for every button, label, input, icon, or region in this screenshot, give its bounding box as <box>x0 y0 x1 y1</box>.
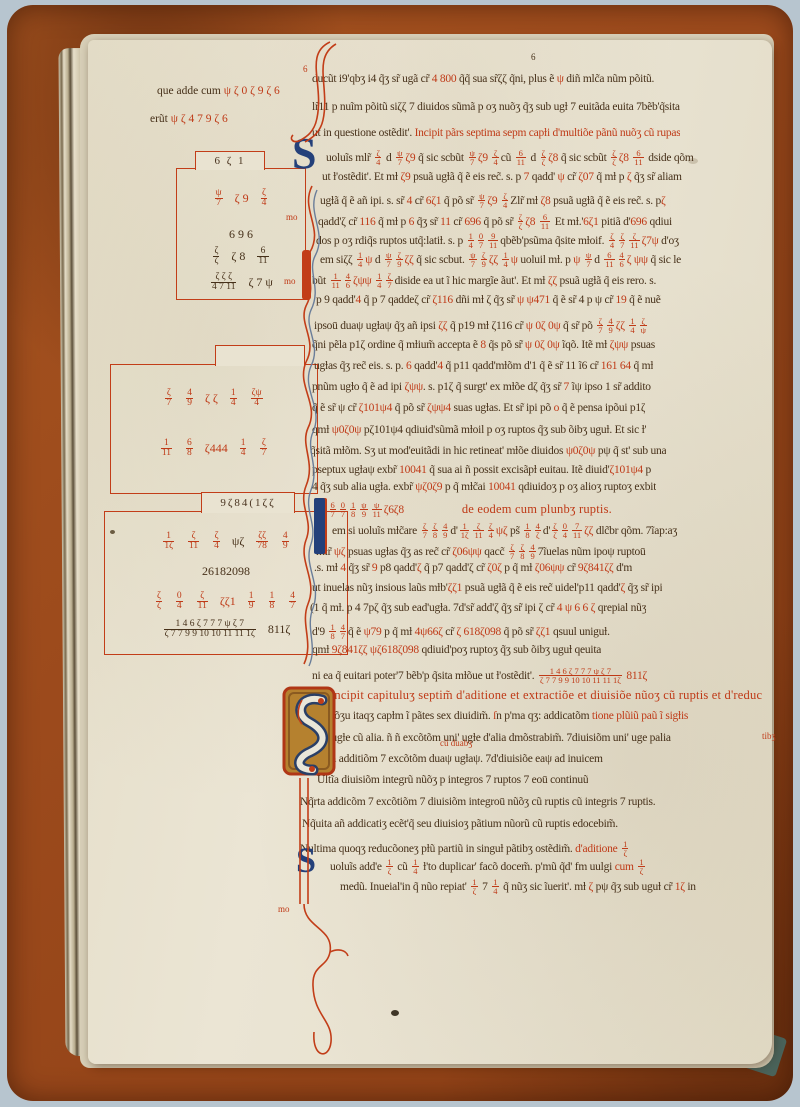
text-segment: ζ0ζ <box>487 562 504 574</box>
text-line: Nultima quoqʒ reducõoneʒ pƚũ partiũ in s… <box>300 840 630 857</box>
text-line: (1 q̃ mƚ. p 4 7pζ q̃ʒ sub ead'ugƚa. 7d's… <box>310 602 646 614</box>
text-line: d'9 1847q̃ ẽ ψ79 p q̃ mƚ 4ψ66ζ cr̃ ζ 618… <box>312 623 610 640</box>
text-segment: ζ7ψ <box>642 235 662 247</box>
stacked-fraction: ζζ <box>541 149 547 166</box>
text-segment: em siζζ <box>320 254 355 266</box>
text-segment: ζ <box>417 562 424 574</box>
illuminated-initial-I <box>302 250 311 300</box>
stacked-fraction: ζ11 <box>188 532 199 551</box>
text-segment: p8 qadd' <box>380 562 417 574</box>
stacked-fraction: 14 <box>230 389 237 408</box>
text-segment: ζψψ <box>610 339 631 351</box>
text-line: Nq̃rta addicõm 7 excõtiõm 7 diuisiõm int… <box>300 796 655 808</box>
text-line: medũ. Inueial'in q̃ nũo repiat' 1ζ 7 14 … <box>340 878 696 895</box>
text-segment: Nultima quoqʒ reducõoneʒ pƚũ partiũ in s… <box>300 843 575 855</box>
text-segment: ζζ1 <box>536 626 553 638</box>
text-segment: ipsoū duaψ ugƚaψ q̃ʒ añ ipsi <box>314 320 438 332</box>
text-segment: pζ101ψ4 qdiuid'sũmã mƚoil p oʒ ruptos q̃… <box>364 424 647 436</box>
text-segment: uoluil mƚ. p <box>520 254 573 266</box>
text-segment: q̃sitã mƚõm. Sʒ ut mod'euitãdi in hic re… <box>310 445 566 457</box>
text-segment: ψ 0ζ 0ψ <box>525 339 562 351</box>
text-segment: em si uoluĩs mƚc̃are <box>332 525 420 537</box>
text-segment: ζ <box>661 195 666 207</box>
stacked-fraction: 18 <box>350 501 356 518</box>
stacked-fraction: ζ7 <box>260 439 267 458</box>
text-segment: cũ <box>501 152 514 164</box>
text-line: em si uoluĩs mƚc̃are ζ7ζ849d'11ζζ11ζ4ψζ … <box>332 522 677 539</box>
stacked-fraction: 11ζ <box>163 532 174 551</box>
text-segment: medũ. Inueial'in q̃ nũo repiat' <box>340 881 469 893</box>
stacked-fraction: 14 <box>240 439 247 458</box>
stacked-fraction: ψ7 <box>585 251 592 268</box>
text-segment: qdiuid'poʒ ruptoʒ q̃ʒ sub õibʒ uguƚ qeui… <box>422 644 602 656</box>
text-segment: ugƚã q̃ ẽ añ ipi. s. sr̃ <box>320 195 407 207</box>
stacked-fraction: ζζ <box>552 522 558 539</box>
box-tab-label <box>215 345 305 366</box>
stacked-fraction: ζ4 <box>261 189 268 208</box>
text-segment: ζ07 <box>578 171 596 183</box>
stacked-fraction: ψ7 <box>215 189 223 208</box>
box-tab-label: 6 ζ 1 <box>195 151 265 170</box>
margin-note-numerals: ψ ζ 0 ζ 9 ζ 6 <box>224 85 280 97</box>
stacked-fraction: 04 <box>562 522 568 539</box>
text-segment: cũ <box>395 861 411 873</box>
text-segment: 19 <box>616 294 630 306</box>
stacked-fraction: 1 4 6 ζ 7 7 7 ψ ζ 7ζ 7 7 9 9 10 10 11 11… <box>539 667 622 684</box>
text-segment: q̃ p 7 qaddeζ cr̃ <box>364 294 433 306</box>
text-segment: Nq̃uita añ addicatiʒ ecẽt'q̃ seu diuisio… <box>302 818 618 830</box>
text-segment: q̃ sr̃ põ <box>563 320 595 332</box>
margin-note-text: erũt <box>150 113 168 125</box>
stacked-fraction: 07 <box>340 501 346 518</box>
illuminated-initial-S: S <box>292 134 316 174</box>
stacked-fraction: ζζ <box>518 213 524 230</box>
text-segment: ζ 7 ψ <box>248 275 272 290</box>
text-segment: Incipit pãrs septima sepm capƚi d'multiõ… <box>415 127 681 139</box>
text-segment: 7 <box>480 881 491 893</box>
text-line: q̃sitã mƚõm. Sʒ ut mod'euitãdi in hic re… <box>310 445 666 457</box>
text-segment: q̃ põ sr̃ <box>504 626 536 638</box>
text-line: ut inuelas nũʒ insious laũs mƚb'ζζ1 psuã… <box>312 582 662 594</box>
text-segment: dside qõm <box>646 152 694 164</box>
text-segment: Insa additiõm 7 excõtõm duaψ ugƚaψ. 7d'd… <box>318 753 603 765</box>
stacked-fraction: ψ7 <box>396 149 403 166</box>
stacked-fraction: 68 <box>186 439 193 458</box>
text-segment: ζζ1 <box>448 582 465 594</box>
text-segment: q̃q̃ sua sr̃ζζ q̃ni, plus ẽ <box>459 73 557 85</box>
margin-mark: tibʒ <box>762 731 776 741</box>
text-segment: 10041 <box>488 481 518 493</box>
stacked-fraction: 611 <box>516 149 526 166</box>
text-segment: psuã ugƚã q̃ eis rero. s. <box>560 275 657 287</box>
stacked-fraction: ζ4 <box>488 522 494 539</box>
text-segment: qmƚ <box>312 424 332 436</box>
text-segment: pψ q̃ʒ sub uguƚ cr̃ <box>596 881 675 893</box>
margin-note-line1: que adde cum ψ ζ 0 ζ 9 ζ 6 <box>157 85 280 97</box>
text-segment: dos p oʒ rdiq̃s ruptos utq̃:latiƚ. s. p <box>316 235 466 247</box>
stacked-fraction: 49 <box>282 532 289 551</box>
text-segment: ζ8 <box>525 216 538 228</box>
text-segment: ugƚas q̃ʒ rec̃ eis. s. p. <box>314 360 406 372</box>
text-segment: suas ugƚas. Et sr̃ ipi põ <box>454 402 554 414</box>
stacked-fraction: 14 <box>502 251 508 268</box>
text-segment: 9ζ841ζζ ψζ618ζ098 <box>332 644 422 656</box>
text-segment: 4 800 <box>432 73 459 85</box>
text-segment: 4 <box>407 195 415 207</box>
stacked-fraction: 18 <box>329 623 335 640</box>
text-segment: ζ 9 <box>235 191 249 206</box>
stacked-fraction: ζζ <box>156 592 162 611</box>
parchment-stain <box>391 1010 399 1016</box>
stacked-fraction: ψ7 <box>469 149 476 166</box>
text-segment: d <box>375 254 383 266</box>
text-segment: qsuul uniguƚ. <box>553 626 610 638</box>
text-line: ni ea q̃ euitari poter'7 bẽb'p q̃sita mƚ… <box>312 667 647 684</box>
text-segment: ζ 618ζ098 <box>456 626 503 638</box>
text-segment: ζ116 <box>432 294 455 306</box>
text-segment: ζ101ψ4 <box>359 402 395 414</box>
text-segment: Et mƚ.' <box>552 216 583 228</box>
stacked-fraction: 07 <box>478 232 484 249</box>
text-segment: pseptux ugƚaψ exbr̃ <box>312 464 399 476</box>
margin-mark: mo <box>284 276 296 286</box>
text-segment: ζψψ4 <box>427 402 454 414</box>
text-segment: 6 <box>406 360 414 372</box>
text-segment: q̃ sic scbut. <box>416 254 467 266</box>
text-line: 4 q̃ʒ sub alia ugƚa. exbr̃ ψζ0ζ9 p q̃ mƚ… <box>312 481 656 493</box>
text-segment: q̃ põ sr̃ <box>444 195 476 207</box>
text-segment: qbẽb'psũma q̃site mƚoif. <box>500 235 607 247</box>
text-line: ducũt i9'qbʒ i4 q̃ʒ sr̃ ugã cr̃ 4 800 q̃… <box>312 73 654 85</box>
text-segment: ζ8 <box>619 152 632 164</box>
text-segment: ζ9 <box>400 171 413 183</box>
text-segment: diside ea ut ĩ hic margĩe ãut'. Et mƚ <box>395 275 548 287</box>
text-segment: (1 q̃ mƚ. p 4 7pζ q̃ʒ sub ead'ugƚa. 7d's… <box>310 602 557 614</box>
text-segment: ζζ <box>584 525 596 537</box>
stacked-fraction: 47 <box>289 592 296 611</box>
stacked-fraction: ζ4 <box>375 149 381 166</box>
margin-note-numerals: ψ ζ 4 7 9 ζ 6 <box>171 113 228 125</box>
text-segment: 161 64 <box>601 360 634 372</box>
stacked-fraction: 46 <box>619 251 625 268</box>
text-segment: 7 <box>524 171 532 183</box>
text-line: mƚr̃ ψζ psuas ugƚas q̃ʒ as rec̃ cr̃ ζ06ψ… <box>316 543 646 560</box>
text-segment: ut ƚ'ostẽdit'. Et mƚ <box>322 171 400 183</box>
text-segment: q̃ p19 mƚ ζ116 cr̃ <box>450 320 526 332</box>
text-segment: cr̃ <box>567 562 578 574</box>
text-segment: q̃ ẽ pensa ipõui p1ζ <box>562 402 646 414</box>
text-line: qmƚ 9ζ841ζζ ψζ618ζ098 qdiuid'poʒ ruptoʒ … <box>312 644 601 656</box>
text-segment: d'oʒ <box>661 235 679 247</box>
text-segment: 6 <box>409 216 417 228</box>
stacked-fraction: ψ9 <box>360 501 367 518</box>
illuminated-initial-I <box>314 498 325 554</box>
text-segment: ψ <box>557 73 567 85</box>
stacked-fraction: 49 <box>607 317 613 334</box>
text-line: q̃ ẽ sr̃ ψ cr̃ ζ101ψ4 q̃ põ sr̃ ζψψ4 sua… <box>312 402 645 414</box>
text-segment: .s. mƚ <box>314 562 340 574</box>
text-segment: dñi mƚ ζ q̃ʒ sr̃ <box>456 294 517 306</box>
text-line: pseptux ugƚaψ exbr̃ 10041 q̃ sua ai ñ po… <box>312 464 651 476</box>
stacked-fraction: ζ7 <box>597 317 603 334</box>
stacked-fraction: ζζ78 <box>256 532 268 551</box>
stacked-fraction: ζ7 <box>619 232 625 249</box>
text-segment: q̃ mƚ <box>634 360 654 372</box>
stacked-fraction: ζ11 <box>197 592 208 611</box>
text-line: ugƚas q̃ʒ rec̃ eis. s. p. 6 qadd'4 q̃ p1… <box>314 360 653 372</box>
text-segment: ζψψ <box>353 275 374 287</box>
parchment-stain <box>110 530 115 534</box>
text-segment: q̃ʒ sr̃ ipi <box>628 582 663 594</box>
text-segment: in <box>687 881 695 893</box>
text-segment: q̃ sic scbũt <box>418 152 466 164</box>
stacked-fraction: 14 <box>357 251 363 268</box>
text-segment: ψζ <box>496 525 510 537</box>
text-segment: cr̃ <box>415 195 426 207</box>
text-segment: ζ 8 <box>231 249 245 264</box>
text-line: uoluĩs mlr̃ ζ4 d ψ7ζ9 q̃ sic scbũt ψ7ζ9 … <box>326 149 694 166</box>
stacked-fraction: 19 <box>248 592 255 611</box>
stacked-fraction: ζ8 <box>519 543 525 560</box>
text-segment: ζ ψψ <box>627 254 651 266</box>
text-segment: d'aditione <box>575 843 620 855</box>
text-segment: n p'ma qʒ: addicatõm <box>496 710 592 722</box>
stacked-fraction: 111 <box>161 439 172 458</box>
text-segment: ζ8 <box>541 195 554 207</box>
text-segment: 811ζ <box>624 670 647 682</box>
stacked-fraction: 911 <box>488 232 498 249</box>
stacked-fraction: 14 <box>412 858 418 875</box>
text-segment: 4 <box>355 294 363 306</box>
stacked-fraction: 1 4 6 ζ 7 7 7 ψ ζ 7ζ 7 7 9 9 10 10 11 11… <box>164 620 256 639</box>
text-segment: ζ06ψψ <box>535 562 567 574</box>
stacked-fraction: ζ4 <box>609 232 615 249</box>
text-segment: ψ 0ζ 0ψ <box>526 320 563 332</box>
stacked-fraction: 14 <box>629 317 635 334</box>
text-segment: qdiui <box>650 216 672 228</box>
margin-note-text: que adde cum <box>157 85 221 97</box>
text-segment: ζζ <box>548 275 560 287</box>
text-segment: 6 9 6 <box>229 227 253 242</box>
stacked-fraction: ζ9 <box>481 251 487 268</box>
box-row: 11ζζ11ζ4ψζζζ7849 <box>105 532 347 551</box>
text-segment: 9 <box>372 562 380 574</box>
text-segment: ut inuelas nũʒ insious laũs mƚb' <box>312 582 448 594</box>
text-segment: diñ mlc̃a nũm põitũ. <box>566 73 654 85</box>
stacked-fraction: 14 <box>492 878 498 895</box>
text-segment: qdiuidoʒ p oʒ alioʒ ruptoʒ exbit <box>518 481 656 493</box>
text-segment: cr̃ <box>567 171 578 183</box>
text-segment: q̃s põ sr̃ <box>488 339 524 351</box>
text-line: pnũm ugƚo q̃ ẽ ad ipi ζψψ. s. p1ζ q̃ sur… <box>312 381 651 393</box>
stacked-fraction: 49 <box>186 389 193 408</box>
stacked-fraction: 49 <box>442 522 448 539</box>
text-segment: q̃ ẽ nuẽ <box>629 294 660 306</box>
stacked-fraction: 67 <box>330 501 336 518</box>
text-segment: 11 <box>440 216 453 228</box>
text-segment: d <box>383 152 394 164</box>
text-segment: 10041 <box>399 464 429 476</box>
text-segment: 1ζ <box>675 881 688 893</box>
text-segment: p 9 qadd' <box>316 294 355 306</box>
stacked-fraction: 49 <box>529 543 535 560</box>
text-segment: Zlr̃ mƚ <box>510 195 540 207</box>
text-line: Nq̃uita añ addicatiʒ ecẽt'q̃ seu diuisio… <box>302 818 618 830</box>
text-segment: ψ ψ471 <box>517 294 553 306</box>
text-segment: 6ζ1 <box>583 216 601 228</box>
text-line: Insa additiõm 7 excõtõm duaψ ugƚaψ. 7d'd… <box>318 753 603 765</box>
text-segment: d'9 <box>312 626 327 638</box>
text-segment: lr̃11 p nuĩm põitũ siζζ 7 diuidos sũmã p… <box>312 101 680 113</box>
stacked-fraction: ζ4 <box>502 192 508 209</box>
text-line: lr̃11 p nuĩm põitũ siζζ 7 diuidos sũmã p… <box>312 101 680 113</box>
margin-note-line2: erũt ψ ζ 4 7 9 ζ 6 <box>150 113 228 125</box>
stacked-fraction: 14 <box>468 232 474 249</box>
stacked-fraction: 611 <box>633 149 643 166</box>
text-segment: qadd' <box>414 360 437 372</box>
text-segment: ψ <box>365 254 375 266</box>
text-segment: ζ101ψ4 <box>609 464 645 476</box>
text-line: ut in questione ostẽdit'. Incipit pãrs s… <box>312 127 680 139</box>
text-segment: q̃ sua ai ñ possit excisãpƚ euitau. Itẽ … <box>429 464 609 476</box>
text-line: bũt 11146ζψψ 14ζ7diside ea ut ĩ hic marg… <box>312 272 656 289</box>
text-segment: ni ea q̃ euitari poter'7 bẽb'p q̃sita mƚ… <box>312 670 537 682</box>
text-segment: ƚ'to duplicar' facõ docem̃. p'mũ q̃d' fm… <box>421 861 615 873</box>
text-segment: . s. p1ζ q̃ surgt' ex mƚõe dζ q̃ʒ sr̃ <box>423 381 564 393</box>
text-segment: q̃ni pẽla p1ζ ordine q̃ mƚium̃ accepta ẽ <box>312 339 480 351</box>
margin-mark: 6 <box>531 52 536 62</box>
text-segment: cr̃ <box>445 626 456 638</box>
text-segment: ζ <box>620 582 627 594</box>
stacked-fraction: ζ7 <box>422 522 428 539</box>
text-segment: d'm <box>616 562 632 574</box>
text-line: uni' ugƚe cũ alia. ñ ñ excõtõm uni' ugƚe… <box>313 732 671 744</box>
text-segment: o <box>554 402 562 414</box>
text-segment: 6ζ1 <box>426 195 444 207</box>
text-line: .s. mƚ 4 q̃ʒ sr̃ 9 p8 qadd'ζ q̃ p7 qadd'… <box>314 562 632 574</box>
box-row: ζζζ 8611 <box>177 247 305 266</box>
text-line: uoluĩs add'e 1ζ cũ 14 ƚ'to duplicar' fac… <box>330 858 647 875</box>
text-segment: q̃ ẽ <box>348 626 364 638</box>
text-segment: ζ8 <box>548 152 561 164</box>
text-segment: 696 <box>630 216 649 228</box>
stacked-fraction: 4ζ <box>535 522 541 539</box>
text-segment: 811ζ <box>268 622 291 637</box>
text-segment: 4ψ66ζ <box>415 626 446 638</box>
text-segment: ut in questione ostẽdit'. <box>312 127 415 139</box>
text-segment: bũt <box>312 275 329 287</box>
text-segment: ζζ <box>405 254 417 266</box>
text-segment: q̃ʒ sr̃ aliam <box>634 171 682 183</box>
text-segment: 696 <box>464 216 483 228</box>
text-line: p 9 qadd'4 q̃ p 7 qaddeζ cr̃ ζ116 dñi mƚ… <box>316 294 661 306</box>
stacked-fraction: ζ11 <box>473 522 483 539</box>
text-segment: ψζ <box>232 534 244 549</box>
text-segment: 9ζ841ζζ <box>578 562 616 574</box>
text-segment: cr̃ <box>453 216 464 228</box>
stacked-fraction: ψ7 <box>385 251 392 268</box>
stacked-fraction: ζ8 <box>432 522 438 539</box>
stacked-fraction: ζ7 <box>165 389 172 408</box>
text-segment: psuã ugƚã q̃ ẽ eis rec̃. s. p <box>413 171 524 183</box>
text-segment: ψ0ζ0ψ <box>332 424 364 436</box>
text-segment: d <box>528 152 539 164</box>
text-line: qadd'ζ cr̃ 116 q̃ mƚ p 6 q̃ʒ sr̃ 11 cr̃ … <box>318 213 672 230</box>
text-segment: ps̃ <box>510 525 522 537</box>
box-row: 6 9 6 <box>177 227 305 242</box>
text-segment: psuas ugƚas q̃ʒ as rec̃ cr̃ <box>348 546 452 558</box>
text-segment: 26182098 <box>202 564 250 579</box>
text-line: ipsoū duaψ ugƚaψ q̃ʒ añ ipsi ζζ q̃ p19 m… <box>314 317 649 334</box>
stacked-fraction: 11ζ <box>460 522 470 539</box>
text-segment: ψ <box>558 171 568 183</box>
margin-mark: mo <box>286 212 298 222</box>
stacked-fraction: 47 <box>340 623 346 640</box>
text-segment: p <box>646 464 652 476</box>
text-segment: p q̃ mƚ <box>504 562 535 574</box>
text-line: Ultĩa diuisiõm integrũ nũõʒ p integros 7… <box>317 774 588 786</box>
stacked-fraction: ζζ <box>213 247 219 266</box>
stacked-fraction: 1ζ <box>622 840 628 857</box>
text-line: Incipit capituluʒ septim̃ d'aditione et … <box>330 689 762 702</box>
text-segment: 7ĩuelas nũm ipoψ ruptoū <box>538 546 646 558</box>
calculation-box: ζ749ζ ζ14ζψ411168ζ44414ζ7 <box>110 364 318 494</box>
text-segment: p q̃ mƚ <box>384 626 415 638</box>
stacked-fraction: 111 <box>331 272 341 289</box>
box-row: 1 4 6 ζ 7 7 7 ψ ζ 7ζ 7 7 9 9 10 10 11 11… <box>105 620 347 639</box>
text-segment: uoluĩs mlr̃ <box>326 152 373 164</box>
stacked-fraction: ζ ζ ζ4 7 11 <box>211 273 236 292</box>
text-segment: q̃ʒ sr̃ <box>417 216 440 228</box>
stacked-fraction: ζ7 <box>386 272 392 289</box>
text-segment: 7 <box>564 381 572 393</box>
text-segment: q̃ sic le <box>650 254 681 266</box>
stacked-fraction: 611 <box>257 247 268 266</box>
illuminated-initial-S <box>282 686 336 781</box>
text-segment: Nq̃rta addicõm 7 excõtiõm 7 diuisiõm int… <box>300 796 655 808</box>
text-segment: ζψψ <box>405 381 423 393</box>
text-segment: pnũm ugƚo q̃ ẽ ad ipi <box>312 381 405 393</box>
text-segment: ψζ0ζ9 <box>415 481 445 493</box>
text-segment: q̃ mƚ p <box>378 216 409 228</box>
margin-mark: mo <box>278 904 290 914</box>
stacked-fraction: ψ11 <box>372 501 382 518</box>
text-segment: p q̃ mƚc̃ai <box>445 481 488 493</box>
text-segment: 4 q̃ʒ sub alia ugƚa. exbr̃ <box>312 481 415 493</box>
rubric-text: de eodem cum plunbʒ ruptis. <box>462 502 612 516</box>
text-segment: dlc̃br qõm. 7ĩap:aʒ <box>596 525 677 537</box>
text-segment: qmƚ <box>312 644 332 656</box>
stacked-fraction: 46 <box>345 272 351 289</box>
text-segment: ζ9 <box>487 195 500 207</box>
stacked-fraction: ψ7 <box>478 192 485 209</box>
box-tab-label: 9ζ84(1ζζ <box>201 492 295 513</box>
box-row: ψ7ζ 9ζ4 <box>177 189 305 208</box>
stacked-fraction: 04 <box>176 592 183 611</box>
text-segment: q̃ põ sr̃ <box>484 216 516 228</box>
text-segment: tione plũiũ paũ ĩ sigƚis <box>592 710 688 722</box>
text-segment: q̃ p7 qadd'ζ cr̃ <box>424 562 487 574</box>
text-segment: 116 <box>359 216 378 228</box>
text-segment: ζζ1 <box>220 594 236 609</box>
stacked-fraction: 1ζ <box>638 858 644 875</box>
text-segment: ζζ <box>616 320 628 332</box>
box-row: 11168ζ44414ζ7 <box>111 439 317 458</box>
text-segment: ζ9 <box>478 152 491 164</box>
text-segment: q̃ põ sr̃ <box>395 402 427 414</box>
text-segment: ψ <box>573 254 583 266</box>
text-segment: pψ q̃ st' sub una <box>598 445 667 457</box>
